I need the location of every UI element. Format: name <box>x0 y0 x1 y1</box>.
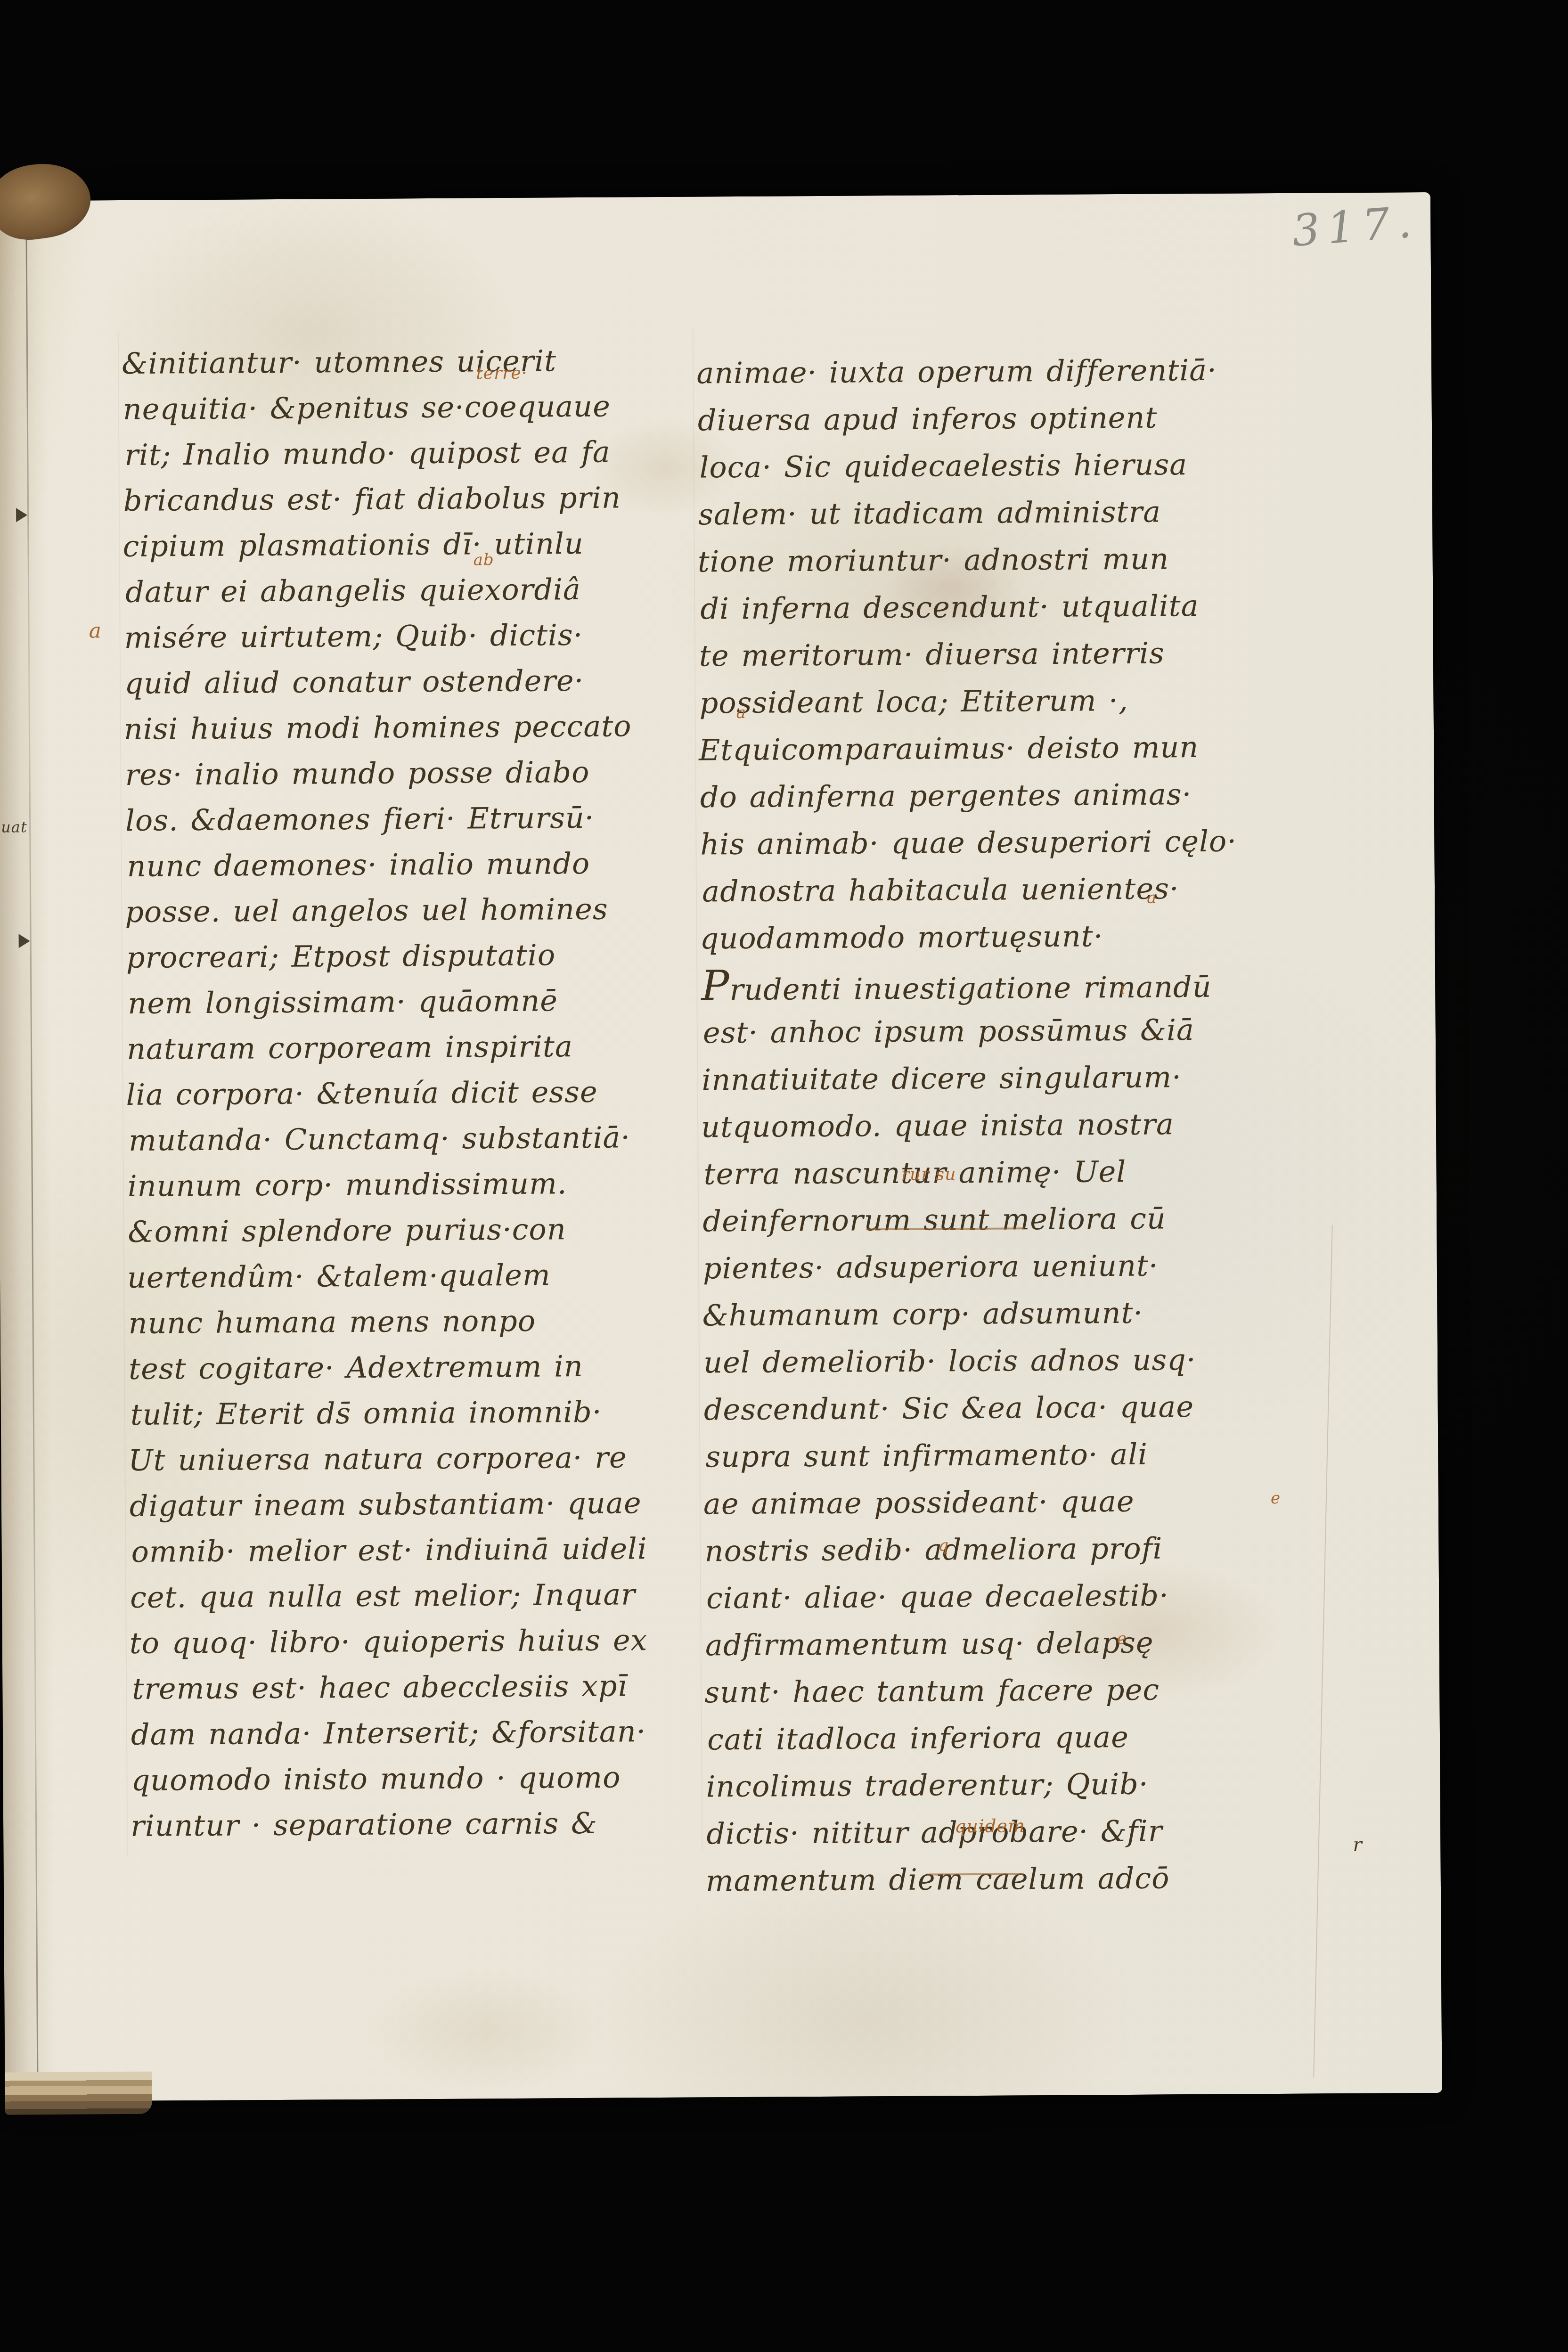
text-column-left: &initiantur· utomnes uiceritnequitia· &p… <box>122 337 650 1849</box>
manuscript-line: tione moriuntur· adnostri mun <box>697 535 1234 586</box>
manuscript-line: Etquicomparauimus· deisto mun <box>699 724 1235 774</box>
interlinear-correction: q <box>938 1536 949 1555</box>
manuscript-line: bricandus est· fiat diabolus prin <box>123 474 642 523</box>
manuscript-line: mutanda· Cunctamq· substantiā· <box>129 1114 647 1163</box>
interlinear-correction: i <box>1120 981 1126 997</box>
manuscript-line: ae animae possideant· quae <box>703 1478 1240 1528</box>
quire-fold-mark <box>19 934 30 948</box>
manuscript-line: utquomodo. quae inista nostra <box>701 1101 1238 1151</box>
manuscript-line: quodammodo mortuęsunt· <box>700 912 1236 963</box>
manuscript-line: lia corpora· &tenuía dicit esse <box>126 1069 644 1118</box>
manuscript-line: mamentum diem caelum adcō <box>706 1854 1242 1905</box>
interlinear-correction: a <box>89 619 102 643</box>
manuscript-line: cipium plasmationis dī· utinlu <box>122 520 641 569</box>
manuscript-line: di inferna descendunt· utqualita <box>700 582 1237 633</box>
text-column-right: animae· iuxta operum differentiā·diuersa… <box>697 347 1243 1905</box>
manuscript-line: te meritorum· diuersa interris <box>699 629 1236 680</box>
manuscript-line: adfirmamentum usq· delapsę <box>705 1619 1242 1669</box>
interlinear-correction: quidem <box>955 1815 1025 1837</box>
manuscript-line: uertendûm· &talem·qualem <box>127 1251 645 1300</box>
manuscript-line: quomodo inisto mundo · quomo <box>131 1754 649 1803</box>
manuscript-line: nequitia· &penitus se·coequaue <box>122 383 641 432</box>
interlinear-correction: uat <box>1 818 27 836</box>
manuscript-line: nostris sedib· admeliora profi <box>704 1525 1241 1575</box>
photo-background: 317. &initiantur· utomnes uiceritnequiti… <box>0 0 1568 2352</box>
manuscript-line: test cogitare· Adextremum in <box>129 1343 647 1392</box>
manuscript-line: rit; Inalio mundo· quipost ea fa <box>124 429 643 478</box>
manuscript-line: his animab· quae desuperiori cęlo· <box>700 818 1237 868</box>
manuscript-line: supra sunt infirmamento· ali <box>705 1430 1242 1480</box>
manuscript-line: misére uirtutem; Quib· dictis· <box>124 612 642 661</box>
manuscript-line: tremus est· haec abecclesiis xpī <box>132 1663 650 1712</box>
interlinear-correction: terre· <box>476 364 527 384</box>
interlinear-correction: ab <box>474 550 494 569</box>
parchment-stain <box>362 1969 608 2093</box>
manuscript-line: procreari; Etpost disputatio <box>126 931 645 980</box>
interlinear-correction: rur su <box>901 1165 956 1184</box>
interlinear-correction: e <box>1117 1629 1127 1648</box>
manuscript-line: tulit; Eterit ds̄ omnia inomnib· <box>131 1388 649 1437</box>
manuscript-line: innatiuitate dicere singularum· <box>702 1053 1238 1104</box>
manuscript-line: sunt· haec tantum facere pec <box>704 1666 1241 1716</box>
manuscript-page: 317. &initiantur· utomnes uiceritnequiti… <box>0 192 1442 2102</box>
binding-headband <box>0 158 95 245</box>
manuscript-line: omnib· melior est· indiuinā uideli <box>131 1526 649 1575</box>
manuscript-line: riuntur · separatione carnis & <box>131 1800 649 1849</box>
manuscript-line: deinfernorum sunt meliora cū <box>702 1195 1239 1245</box>
manuscript-line: los. &daemones fieri· Etrursū· <box>125 794 644 843</box>
interlinear-correction: r <box>1353 1834 1362 1856</box>
page-edge-stack <box>5 2072 152 2115</box>
manuscript-line: nisi huius modi homines peccato <box>124 703 642 752</box>
manuscript-line: res· inalio mundo posse diabo <box>125 749 643 798</box>
manuscript-line: cati itadloca inferiora quae <box>707 1713 1244 1763</box>
manuscript-line: Prudenti inuestigatione rimandū <box>701 959 1238 1010</box>
manuscript-line: naturam corpoream inspirita <box>127 1023 645 1072</box>
corrections-layer: terre·abauataairur suqeequidemr <box>0 192 1430 201</box>
manuscript-line: nunc humana mens nonpo <box>128 1297 646 1346</box>
manuscript-line: &humanum corp· adsumunt· <box>702 1289 1239 1339</box>
manuscript-line: adnostra habitacula uenientes· <box>702 865 1239 915</box>
parchment-crease <box>1313 1225 1332 2078</box>
quire-fold-mark <box>16 508 27 522</box>
manuscript-line: nunc daemones· inalio mundo <box>127 840 645 889</box>
manuscript-line: &omni splendore purius·con <box>128 1206 646 1255</box>
manuscript-line: ciant· aliae· quae decaelestib· <box>706 1571 1243 1622</box>
manuscript-line: posse. uel angelos uel homines <box>125 886 643 935</box>
manuscript-line: &initiantur· utomnes uicerit <box>122 337 640 386</box>
manuscript-line: possideant loca; Etiterum ·, <box>699 677 1236 727</box>
manuscript-line: pientes· adsuperiora ueniunt· <box>703 1242 1240 1292</box>
interlinear-correction: e <box>1271 1489 1281 1508</box>
manuscript-line: datur ei abangelis quiexordiâ <box>125 566 644 615</box>
manuscript-line: salem· ut itadicam administra <box>698 488 1235 539</box>
manuscript-line: est· anhoc ipsum possūmus &iā <box>703 1006 1240 1057</box>
interlinear-correction: a <box>736 703 747 722</box>
manuscript-line: dam nanda· Interserit; &forsitan· <box>131 1708 649 1757</box>
manuscript-line: quid aliud conatur ostendere· <box>124 657 643 706</box>
manuscript-line: uel demeliorib· locis adnos usq· <box>703 1336 1240 1387</box>
manuscript-line: loca· Sic quidecaelestis hierusa <box>699 441 1236 491</box>
manuscript-line: incolimus traderentur; Quib· <box>706 1760 1242 1810</box>
folio-number: 317. <box>1290 196 1421 256</box>
manuscript-line: animae· iuxta operum differentiā· <box>696 347 1233 397</box>
manuscript-line: do adinferna pergentes animas· <box>700 771 1237 821</box>
manuscript-line: nem longissimam· quāomnē <box>128 977 646 1026</box>
manuscript-line: inunum corp· mundissimum. <box>128 1160 646 1209</box>
manuscript-line: digatur ineam substantiam· quae <box>130 1480 648 1529</box>
manuscript-line: to quoq· libro· quioperis huius ex <box>129 1617 647 1666</box>
manuscript-line: terra nascuntur animę· Uel <box>703 1148 1240 1198</box>
manuscript-line: Ut uniuersa natura corporea· re <box>128 1434 646 1483</box>
manuscript-line: descendunt· Sic &ea loca· quae <box>703 1383 1240 1434</box>
interlinear-correction: a <box>1147 889 1157 907</box>
manuscript-line: diuersa apud inferos optinent <box>698 394 1234 444</box>
manuscript-line: cet. qua nulla est melior; Inquar <box>130 1571 648 1620</box>
